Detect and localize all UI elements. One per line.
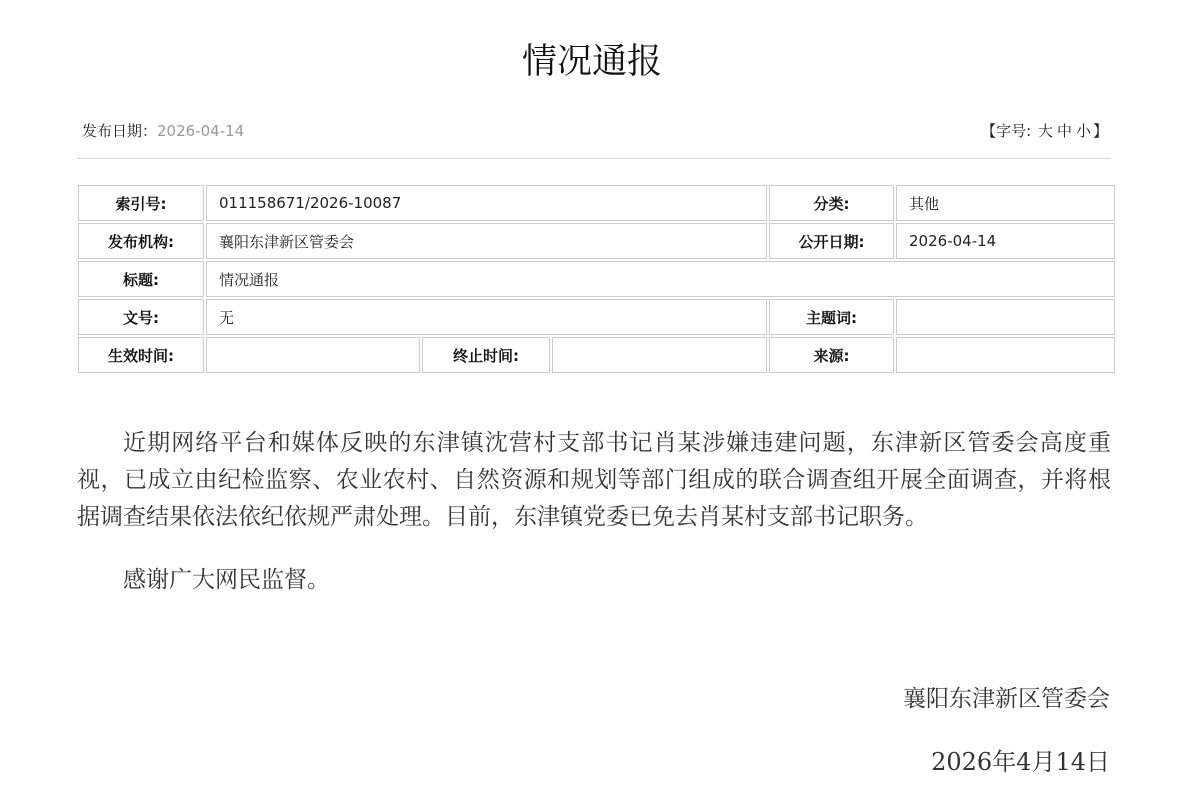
title-value: 情况通报 bbox=[206, 261, 1115, 297]
font-size-small-button[interactable]: 小 bbox=[1076, 122, 1091, 140]
signature-organization: 襄阳东津新区管委会 bbox=[903, 683, 1110, 715]
font-size-large-button[interactable]: 大 bbox=[1038, 122, 1053, 140]
table-row: 发布机构: 襄阳东津新区管委会 公开日期: 2026-04-14 bbox=[78, 223, 1115, 259]
publish-date-row: 发布日期：2026-04-14 bbox=[82, 121, 244, 141]
keywords-value bbox=[896, 299, 1115, 335]
publish-date-label: 发布日期： bbox=[82, 122, 157, 140]
publish-date-value: 2026-04-14 bbox=[157, 122, 244, 140]
source-label: 来源: bbox=[769, 337, 894, 373]
table-row: 文号: 无 主题词: bbox=[78, 299, 1115, 335]
publisher-label: 发布机构: bbox=[78, 223, 204, 259]
article-paragraph: 近期网络平台和媒体反映的东津镇沈营村支部书记肖某涉嫌违建问题，东津新区管委会高度… bbox=[77, 425, 1111, 536]
public-date-value: 2026-04-14 bbox=[896, 223, 1115, 259]
font-size-close-bracket: 】 bbox=[1093, 122, 1108, 140]
signature-date: 2026年4月14日 bbox=[931, 746, 1110, 778]
category-label: 分类: bbox=[769, 185, 894, 221]
font-size-medium-button[interactable]: 中 bbox=[1057, 122, 1072, 140]
table-row: 标题: 情况通报 bbox=[78, 261, 1115, 297]
font-size-switcher: 【字号: 大中小】 bbox=[981, 121, 1108, 141]
font-size-label: 【字号: bbox=[981, 122, 1036, 140]
article-paragraph: 感谢广大网民监督。 bbox=[77, 562, 1111, 599]
doc-no-value: 无 bbox=[206, 299, 767, 335]
effective-date-label: 生效时间: bbox=[78, 337, 204, 373]
publisher-value: 襄阳东津新区管委会 bbox=[206, 223, 767, 259]
category-value: 其他 bbox=[896, 185, 1115, 221]
index-no-label: 索引号: bbox=[78, 185, 204, 221]
article-body: 近期网络平台和媒体反映的东津镇沈营村支部书记肖某涉嫌违建问题，东津新区管委会高度… bbox=[77, 425, 1111, 599]
source-value bbox=[896, 337, 1115, 373]
effective-date-value bbox=[206, 337, 420, 373]
table-row: 索引号: 011158671/2026-10087 分类: 其他 bbox=[78, 185, 1115, 221]
index-no-value: 011158671/2026-10087 bbox=[206, 185, 767, 221]
keywords-label: 主题词: bbox=[769, 299, 894, 335]
table-row: 生效时间: 终止时间: 来源: bbox=[78, 337, 1115, 373]
expiry-date-label: 终止时间: bbox=[422, 337, 550, 373]
doc-no-label: 文号: bbox=[78, 299, 204, 335]
title-label: 标题: bbox=[78, 261, 204, 297]
page-title: 情况通报 bbox=[0, 38, 1184, 86]
expiry-date-value bbox=[552, 337, 767, 373]
public-date-label: 公开日期: bbox=[769, 223, 894, 259]
document-info-table: 索引号: 011158671/2026-10087 分类: 其他 发布机构: 襄… bbox=[76, 183, 1117, 375]
header-divider bbox=[77, 158, 1111, 159]
